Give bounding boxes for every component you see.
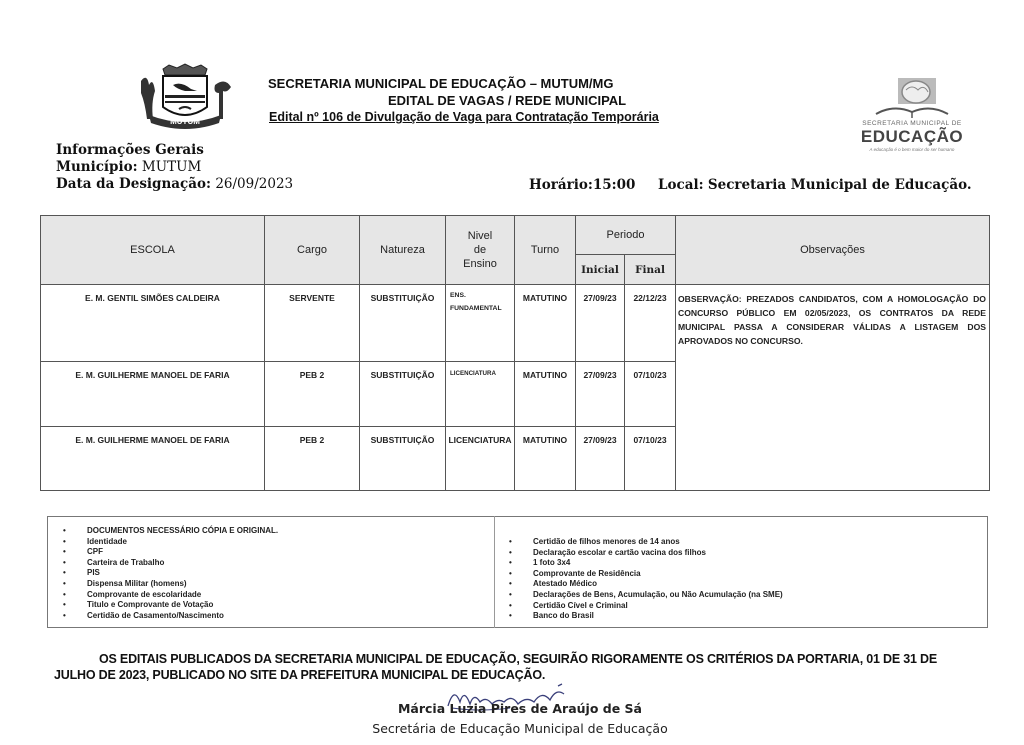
book-brain-icon xyxy=(872,74,952,120)
list-item: Titulo e Comprovante de Votação xyxy=(63,600,278,611)
table-cell-final: 07/10/23 xyxy=(624,361,676,427)
table-cell-cargo: PEB 2 xyxy=(264,361,360,427)
table-cell-turno: MATUTINO xyxy=(514,361,576,427)
header-edital-vagas: EDITAL DE VAGAS / REDE MUNICIPAL xyxy=(388,93,626,108)
table-cell-escola: E. M. GUILHERME MANOEL DE FARIA xyxy=(40,426,265,491)
list-item: DOCUMENTOS NECESSÁRIO CÓPIA E ORIGINAL. xyxy=(63,526,278,537)
info-title: Informações Gerais xyxy=(56,142,204,159)
list-item: Carteira de Trabalho xyxy=(63,558,278,569)
list-item: Atestado Médico xyxy=(509,579,783,590)
svg-text:MUTUM: MUTUM xyxy=(170,117,200,126)
documentos-divider xyxy=(494,516,495,628)
table-cell-nivel: LICENCIATURA xyxy=(445,426,515,491)
list-item: Comprovante de Residência xyxy=(509,569,783,580)
table-cell-natureza: SUBSTITUIÇÃO xyxy=(359,361,446,427)
list-item: Declarações de Bens, Acumulação, ou Não … xyxy=(509,590,783,601)
col-header-final: Final xyxy=(624,254,676,285)
table-cell-cargo: PEB 2 xyxy=(264,426,360,491)
header-edital-title: Edital nº 106 de Divulgação de Vaga para… xyxy=(269,110,659,124)
table-cell-nivel: LICENCIATURA xyxy=(445,361,515,427)
info-data-designacao: Data da Designação: 26/09/2023 xyxy=(56,176,293,193)
list-item: CPF xyxy=(63,547,278,558)
documentos-list-left: DOCUMENTOS NECESSÁRIO CÓPIA E ORIGINAL. … xyxy=(63,526,278,621)
table-cell-natureza: SUBSTITUIÇÃO xyxy=(359,284,446,362)
mutum-crest-logo: MUTUM xyxy=(133,63,237,135)
signer-role: Secretária de Educação Municipal de Educ… xyxy=(340,721,700,736)
list-item: Banco do Brasil xyxy=(509,611,783,622)
table-cell-nivel: ENS. FUNDAMENTAL xyxy=(445,284,515,362)
list-item: Dispensa Militar (homens) xyxy=(63,579,278,590)
list-item: Certidão de filhos menores de 14 anos xyxy=(509,537,783,548)
table-cell-inicial: 27/09/23 xyxy=(575,284,625,362)
header-secretaria: SECRETARIA MUNICIPAL DE EDUCAÇÃO – MUTUM… xyxy=(268,76,613,91)
info-horario: Horário:15:00 xyxy=(529,177,635,194)
table-cell-turno: MATUTINO xyxy=(514,284,576,362)
col-header-turno: Turno xyxy=(514,215,576,285)
table-cell-natureza: SUBSTITUIÇÃO xyxy=(359,426,446,491)
list-item: Certidão Cível e Criminal xyxy=(509,601,783,612)
list-item: Declaração escolar e cartão vacina dos f… xyxy=(509,548,783,559)
table-cell-turno: MATUTINO xyxy=(514,426,576,491)
table-cell-escola: E. M. GUILHERME MANOEL DE FARIA xyxy=(40,361,265,427)
table-cell-final: 07/10/23 xyxy=(624,426,676,491)
table-cell-final: 22/12/23 xyxy=(624,284,676,362)
table-cell-inicial: 27/09/23 xyxy=(575,426,625,491)
col-header-observacoes: Observações xyxy=(675,215,990,285)
list-item: 1 foto 3x4 xyxy=(509,558,783,569)
list-item: Certidão de Casamento/Nascimento xyxy=(63,611,278,622)
col-header-cargo: Cargo xyxy=(264,215,360,285)
col-header-escola: ESCOLA xyxy=(40,215,265,285)
col-header-natureza: Natureza xyxy=(359,215,446,285)
observacao-text: OBSERVAÇÃO: PREZADOS CANDIDATOS, COM A H… xyxy=(678,292,986,348)
col-header-periodo: Periodo xyxy=(575,215,676,255)
col-header-inicial: Inicial xyxy=(575,254,625,285)
list-item: Identidade xyxy=(63,537,278,548)
list-item: PIS xyxy=(63,568,278,579)
signer-name: Márcia Luzia Pires de Araújo de Sá xyxy=(360,701,680,716)
info-municipio: Município: MUTUM xyxy=(56,159,201,176)
table-cell-cargo: SERVENTE xyxy=(264,284,360,362)
table-cell-escola: E. M. GENTIL SIMÕES CALDEIRA xyxy=(40,284,265,362)
info-local: Local: Secretaria Municipal de Educação. xyxy=(658,177,972,194)
educacao-logo: SECRETARIA MUNICIPAL DE EDUCAÇÃO A educa… xyxy=(852,74,972,156)
vagas-table: ESCOLA Cargo Natureza Nivel de Ensino Tu… xyxy=(40,215,990,491)
documentos-list-right: Certidão de filhos menores de 14 anos De… xyxy=(509,537,783,622)
list-item: Comprovante de escolaridade xyxy=(63,590,278,601)
table-cell-inicial: 27/09/23 xyxy=(575,361,625,427)
col-header-nivel-ensino: Nivel de Ensino xyxy=(445,215,515,285)
